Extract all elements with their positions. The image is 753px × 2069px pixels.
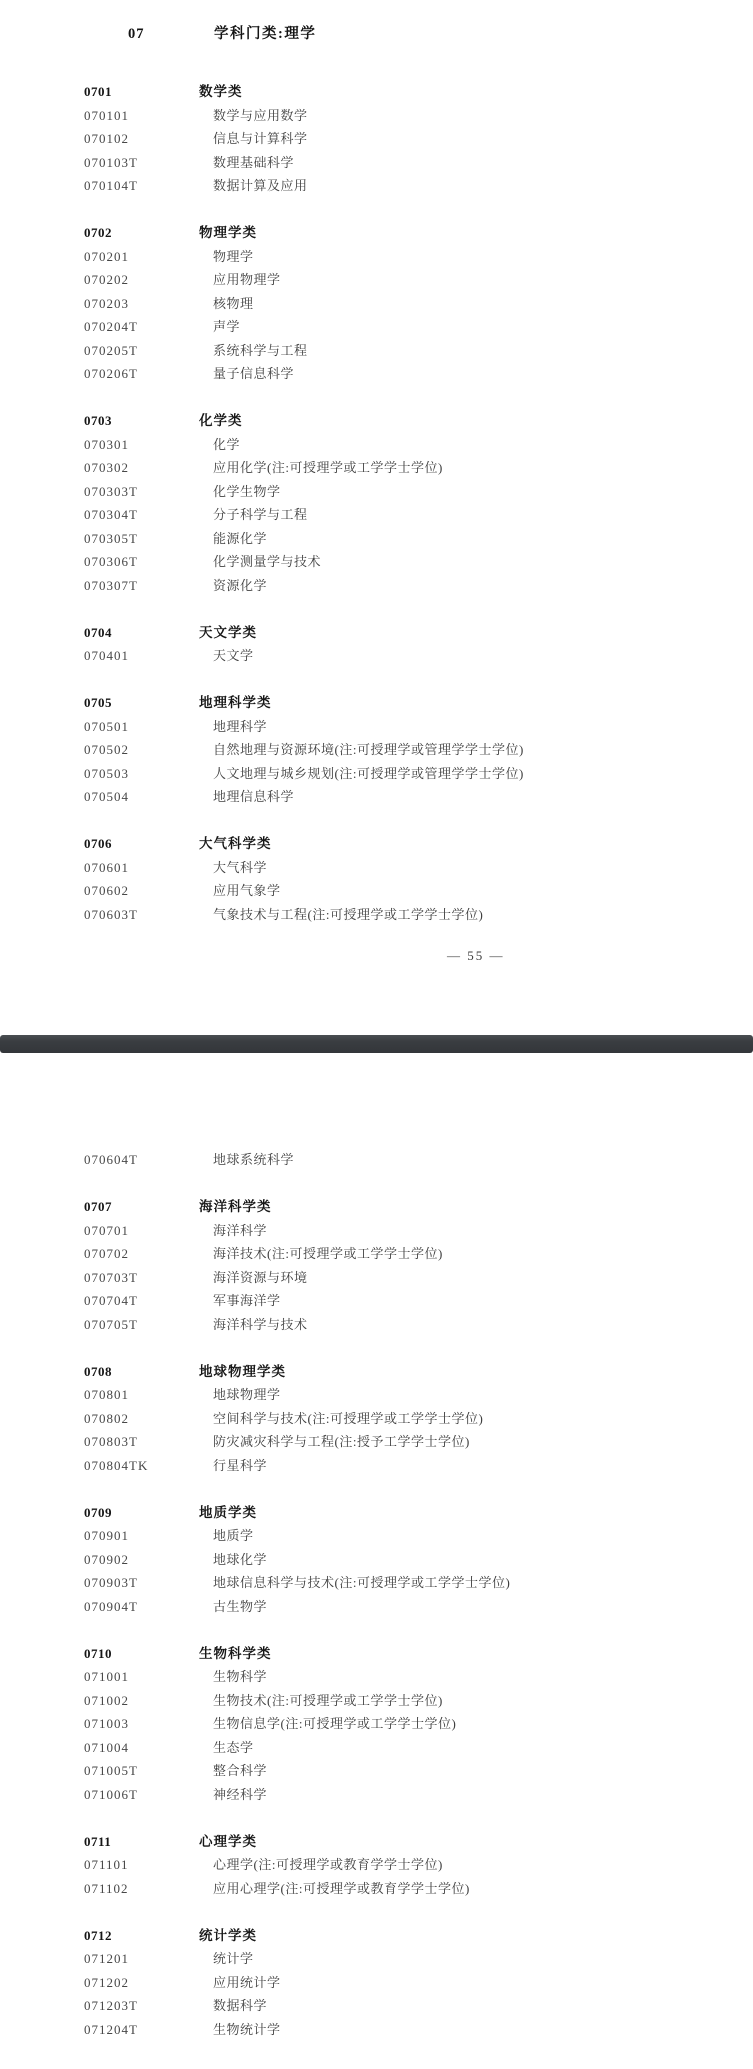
major-code: 070504 [84,785,129,809]
major-code: 070307T [84,574,138,598]
discipline-section-0712: 0712统计学类071201统计学071202应用统计学071203T数据科学0… [0,1924,753,2042]
section-header-row: 0709地质学类 [0,1501,753,1525]
major-name: 空间科学与技术(注:可授理学或工学学士学位) [213,1407,483,1431]
section-name: 生物科学类 [199,1642,272,1666]
major-entry-row: 070904T古生物学 [0,1595,753,1619]
major-entry-row: 071102应用心理学(注:可授理学或教育学学士学位) [0,1877,753,1901]
page-2: 070604T地球系统科学 0707海洋科学类070701海洋科学070702海… [0,1053,753,2069]
major-name: 海洋科学与技术 [213,1313,308,1337]
major-code: 071202 [84,1971,129,1995]
major-entry-row: 071202应用统计学 [0,1971,753,1995]
major-name: 大气科学 [213,856,267,880]
section-header-row: 0711心理学类 [0,1830,753,1854]
major-entry-row: 070306T化学测量学与技术 [0,550,753,574]
major-entry-row: 071005T整合科学 [0,1759,753,1783]
major-entry-row: 070701海洋科学 [0,1219,753,1243]
major-code: 071002 [84,1689,129,1713]
major-code: 070702 [84,1242,129,1266]
major-name: 能源化学 [213,527,267,551]
major-entry-row: 070901地质学 [0,1524,753,1548]
major-code: 071001 [84,1665,129,1689]
discipline-section-0705: 0705地理科学类070501地理科学070502自然地理与资源环境(注:可授理… [0,691,753,809]
page-1-sections: 0701数学类070101数学与应用数学070102信息与计算科学070103T… [0,80,753,926]
section-header-row: 0706大气科学类 [0,832,753,856]
major-code: 070904T [84,1595,138,1619]
major-code: 070802 [84,1407,129,1431]
major-name: 海洋科学 [213,1219,267,1243]
major-entry-row: 071003生物信息学(注:可授理学或工学学士学位) [0,1712,753,1736]
section-code: 0709 [84,1501,112,1525]
major-entry-row: 070101数学与应用数学 [0,104,753,128]
major-code: 070803T [84,1430,138,1454]
major-code: 071004 [84,1736,129,1760]
section-name: 数学类 [199,80,243,104]
section-code: 0711 [84,1830,111,1854]
major-name: 心理学(注:可授理学或教育学学士学位) [213,1853,443,1877]
major-code: 070502 [84,738,129,762]
major-code: 071102 [84,1877,129,1901]
major-name: 数据科学 [213,1994,267,2018]
major-name: 数学与应用数学 [213,104,308,128]
major-name: 地球化学 [213,1548,267,1572]
major-name: 海洋技术(注:可授理学或工学学士学位) [213,1242,443,1266]
section-header-row: 0703化学类 [0,409,753,433]
major-code: 070801 [84,1383,129,1407]
major-entry-row: 070902地球化学 [0,1548,753,1572]
page-divider [0,1035,753,1053]
major-name: 海洋资源与环境 [213,1266,308,1290]
major-code: 071005T [84,1759,138,1783]
major-entry-row: 070307T资源化学 [0,574,753,598]
major-code: 070306T [84,550,138,574]
major-entry-row: 070704T军事海洋学 [0,1289,753,1313]
major-entry-row: 070304T分子科学与工程 [0,503,753,527]
discipline-section-0702: 0702物理学类070201物理学070202应用物理学070203核物理070… [0,221,753,386]
page-1: 07 学科门类:理学 0701数学类070101数学与应用数学070102信息与… [0,0,753,1035]
major-code: 070301 [84,433,129,457]
section-name: 天文学类 [199,621,257,645]
discipline-section-0706: 0706大气科学类070601大气科学070602应用气象学070603T气象技… [0,832,753,926]
discipline-section-0704: 0704天文学类070401天文学 [0,621,753,668]
major-entry-row: 070804TK行星科学 [0,1454,753,1478]
discipline-section-0701: 0701数学类070101数学与应用数学070102信息与计算科学070103T… [0,80,753,198]
section-header-row: 0702物理学类 [0,221,753,245]
major-name: 地理信息科学 [213,785,294,809]
major-code: 070701 [84,1219,129,1243]
section-name: 统计学类 [199,1924,257,1948]
discipline-section-0710: 0710生物科学类071001生物科学071002生物技术(注:可授理学或工学学… [0,1642,753,1807]
document-viewer: 07 学科门类:理学 0701数学类070101数学与应用数学070102信息与… [0,0,753,2069]
major-name: 行星科学 [213,1454,267,1478]
section-name: 化学类 [199,409,243,433]
major-entry-row: 071204T生物统计学 [0,2018,753,2042]
major-name: 地球系统科学 [213,1148,294,1172]
major-name: 化学测量学与技术 [213,550,321,574]
major-name: 军事海洋学 [213,1289,281,1313]
page-2-sections: 0707海洋科学类070701海洋科学070702海洋技术(注:可授理学或工学学… [0,1195,753,2041]
major-name: 应用气象学 [213,879,281,903]
major-code: 070901 [84,1524,129,1548]
major-entry-row: 070705T海洋科学与技术 [0,1313,753,1337]
section-code: 0712 [84,1924,112,1948]
discipline-section-0708: 0708地球物理学类070801地球物理学070802空间科学与技术(注:可授理… [0,1360,753,1478]
major-code: 071003 [84,1712,129,1736]
major-name: 应用物理学 [213,268,281,292]
major-entry-row: 070702海洋技术(注:可授理学或工学学士学位) [0,1242,753,1266]
major-name: 整合科学 [213,1759,267,1783]
page-number: — 55 — [447,944,505,968]
major-code: 070205T [84,339,138,363]
major-entry-row: 071004生态学 [0,1736,753,1760]
section-code: 0707 [84,1195,112,1219]
discipline-section-0703: 0703化学类070301化学070302应用化学(注:可授理学或工学学士学位)… [0,409,753,597]
section-code: 0703 [84,409,112,433]
major-name: 生物统计学 [213,2018,281,2042]
section-code: 0706 [84,832,112,856]
major-name: 应用心理学(注:可授理学或教育学学士学位) [213,1877,470,1901]
major-entry-row: 070903T地球信息科学与技术(注:可授理学或工学学士学位) [0,1571,753,1595]
major-code: 071201 [84,1947,129,1971]
section-name: 海洋科学类 [199,1195,272,1219]
major-code: 070401 [84,644,129,668]
category-header-row: 07 学科门类:理学 [0,23,753,47]
section-name: 物理学类 [199,221,257,245]
section-header-row: 0707海洋科学类 [0,1195,753,1219]
major-name: 生物科学 [213,1665,267,1689]
major-name: 量子信息科学 [213,362,294,386]
major-name: 自然地理与资源环境(注:可授理学或管理学学士学位) [213,738,524,762]
major-code: 071203T [84,1994,138,2018]
major-entry-row: 070802空间科学与技术(注:可授理学或工学学士学位) [0,1407,753,1431]
major-code: 070201 [84,245,129,269]
major-name: 应用统计学 [213,1971,281,1995]
major-name: 信息与计算科学 [213,127,308,151]
section-code: 0704 [84,621,112,645]
section-name: 心理学类 [199,1830,257,1854]
major-code: 070503 [84,762,129,786]
major-entry-row: 070302应用化学(注:可授理学或工学学士学位) [0,456,753,480]
major-code: 070204T [84,315,138,339]
major-name: 应用化学(注:可授理学或工学学士学位) [213,456,443,480]
discipline-section-0707: 0707海洋科学类070701海洋科学070702海洋技术(注:可授理学或工学学… [0,1195,753,1336]
major-code: 070704T [84,1289,138,1313]
major-code: 070903T [84,1571,138,1595]
major-entry-row: 070401天文学 [0,644,753,668]
major-name: 防灾减灾科学与工程(注:授予工学学士学位) [213,1430,470,1454]
major-name: 地理科学 [213,715,267,739]
major-code: 071006T [84,1783,138,1807]
major-entry-row: 070205T系统科学与工程 [0,339,753,363]
major-entry-row: 070604T地球系统科学 [0,1148,753,1172]
major-entry-row: 070602应用气象学 [0,879,753,903]
major-entry-row: 070102信息与计算科学 [0,127,753,151]
major-entry-row: 070603T气象技术与工程(注:可授理学或工学学士学位) [0,903,753,927]
major-name: 物理学 [213,245,254,269]
major-entry-row: 070305T能源化学 [0,527,753,551]
major-name: 声学 [213,315,240,339]
major-entry-row: 071201统计学 [0,1947,753,1971]
section-name: 地球物理学类 [199,1360,286,1384]
major-name: 地球信息科学与技术(注:可授理学或工学学士学位) [213,1571,510,1595]
section-header-row: 0710生物科学类 [0,1642,753,1666]
major-entry-row: 071002生物技术(注:可授理学或工学学士学位) [0,1689,753,1713]
major-entry-row: 070803T防灾减灾科学与工程(注:授予工学学士学位) [0,1430,753,1454]
major-entry-row: 070504地理信息科学 [0,785,753,809]
category-title: 学科门类:理学 [214,23,316,47]
major-name: 分子科学与工程 [213,503,308,527]
section-code: 0708 [84,1360,112,1384]
major-entry-row: 070503人文地理与城乡规划(注:可授理学或管理学学士学位) [0,762,753,786]
major-code: 070705T [84,1313,138,1337]
major-code: 070101 [84,104,129,128]
major-code: 070302 [84,456,129,480]
major-name: 化学生物学 [213,480,281,504]
section-name: 大气科学类 [199,832,272,856]
major-code: 071204T [84,2018,138,2042]
major-entry-row: 070601大气科学 [0,856,753,880]
discipline-section-0711: 0711心理学类071101心理学(注:可授理学或教育学学士学位)071102应… [0,1830,753,1901]
major-code: 070103T [84,151,138,175]
major-entry-row: 070301化学 [0,433,753,457]
major-code: 070703T [84,1266,138,1290]
major-entry-row: 071001生物科学 [0,1665,753,1689]
major-name: 核物理 [213,292,254,316]
major-entry-row: 070801地球物理学 [0,1383,753,1407]
major-entry-row: 070204T声学 [0,315,753,339]
major-code: 070203 [84,292,129,316]
major-name: 系统科学与工程 [213,339,308,363]
discipline-section-0709: 0709地质学类070901地质学070902地球化学070903T地球信息科学… [0,1501,753,1619]
major-name: 人文地理与城乡规划(注:可授理学或管理学学士学位) [213,762,524,786]
major-code: 070902 [84,1548,129,1572]
major-code: 070804TK [84,1454,148,1478]
major-name: 生态学 [213,1736,254,1760]
major-name: 数理基础科学 [213,151,294,175]
major-entry-row: 070501地理科学 [0,715,753,739]
section-code: 0710 [84,1642,112,1666]
section-code: 0702 [84,221,112,245]
major-code: 070206T [84,362,138,386]
section-name: 地质学类 [199,1501,257,1525]
major-entry-row: 071203T数据科学 [0,1994,753,2018]
major-name: 神经科学 [213,1783,267,1807]
section-header-row: 0704天文学类 [0,621,753,645]
category-code: 07 [128,23,145,47]
major-entry-row: 070104T数据计算及应用 [0,174,753,198]
major-code: 070601 [84,856,129,880]
section-header-row: 0708地球物理学类 [0,1360,753,1384]
section-code: 0701 [84,80,112,104]
major-name: 古生物学 [213,1595,267,1619]
major-code: 070602 [84,879,129,903]
section-header-row: 0712统计学类 [0,1924,753,1948]
section-name: 地理科学类 [199,691,272,715]
major-code: 070102 [84,127,129,151]
major-entry-row: 070103T数理基础科学 [0,151,753,175]
major-entry-row: 070201物理学 [0,245,753,269]
major-name: 数据计算及应用 [213,174,308,198]
section-header-row: 0701数学类 [0,80,753,104]
major-entry-row: 070502自然地理与资源环境(注:可授理学或管理学学士学位) [0,738,753,762]
major-name: 化学 [213,433,240,457]
page-2-continued-entries: 070604T地球系统科学 [0,1148,753,1172]
major-code: 070202 [84,268,129,292]
major-code: 070304T [84,503,138,527]
major-entry-row: 070703T海洋资源与环境 [0,1266,753,1290]
major-entry-row: 070206T量子信息科学 [0,362,753,386]
section-header-row: 0705地理科学类 [0,691,753,715]
major-code: 070303T [84,480,138,504]
major-name: 地质学 [213,1524,254,1548]
major-name: 资源化学 [213,574,267,598]
major-name: 气象技术与工程(注:可授理学或工学学士学位) [213,903,483,927]
major-code: 070604T [84,1148,138,1172]
major-name: 统计学 [213,1947,254,1971]
major-entry-row: 071101心理学(注:可授理学或教育学学士学位) [0,1853,753,1877]
major-entry-row: 070203核物理 [0,292,753,316]
major-name: 生物技术(注:可授理学或工学学士学位) [213,1689,443,1713]
major-code: 070603T [84,903,138,927]
major-entry-row: 071006T神经科学 [0,1783,753,1807]
major-entry-row: 070202应用物理学 [0,268,753,292]
major-code: 070104T [84,174,138,198]
major-name: 生物信息学(注:可授理学或工学学士学位) [213,1712,456,1736]
major-entry-row: 070303T化学生物学 [0,480,753,504]
major-code: 070501 [84,715,129,739]
major-code: 071101 [84,1853,129,1877]
section-code: 0705 [84,691,112,715]
major-name: 地球物理学 [213,1383,281,1407]
major-name: 天文学 [213,644,254,668]
major-code: 070305T [84,527,138,551]
